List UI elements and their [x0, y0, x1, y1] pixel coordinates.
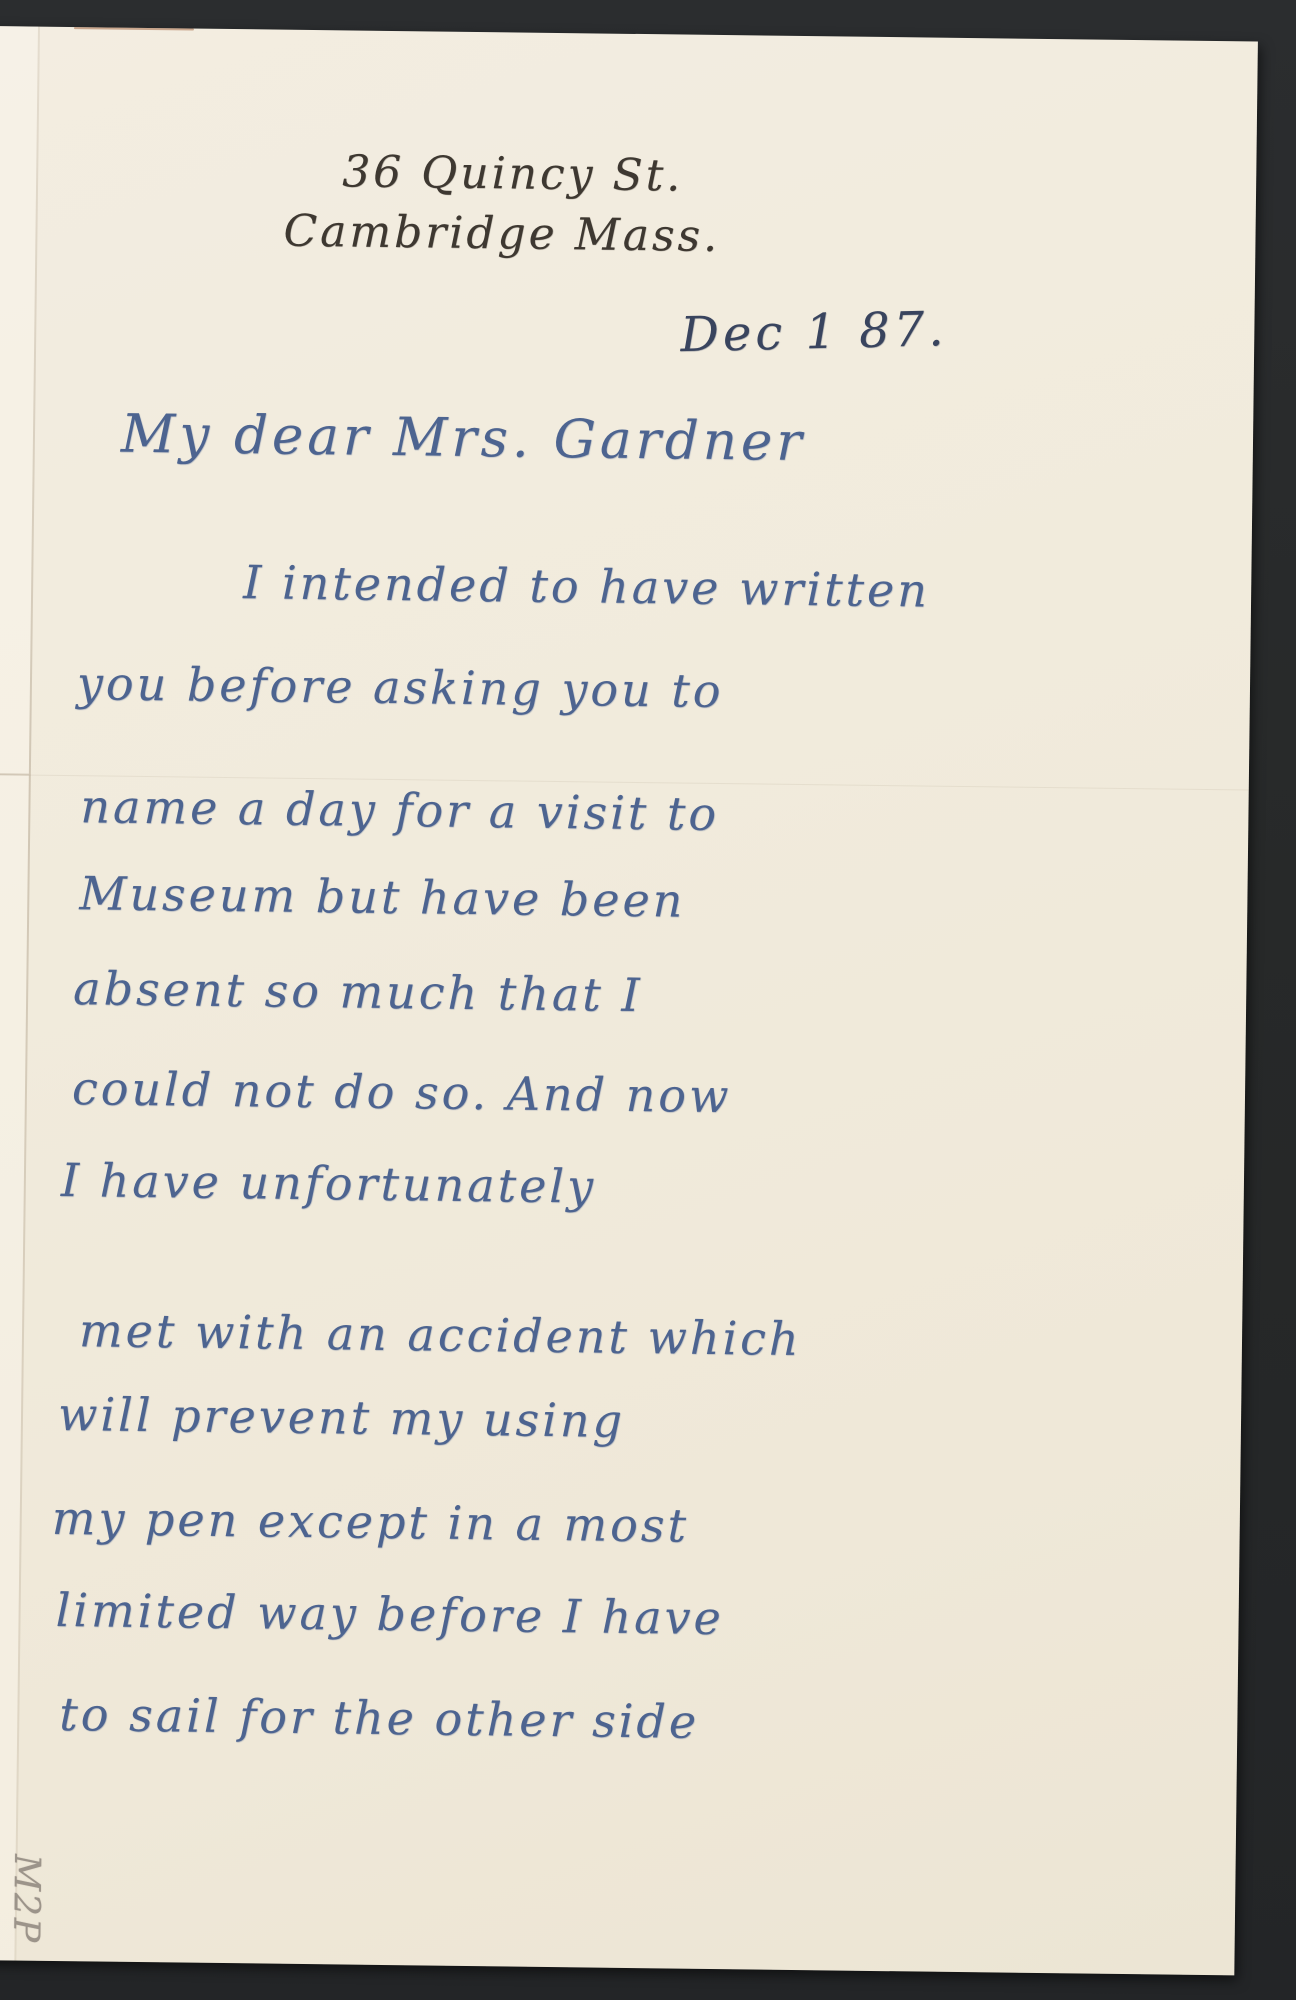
body-line: I have unfortunately — [61, 1153, 597, 1214]
letter-date: Dec 1 87. — [680, 301, 948, 363]
body-line: met with an accident which — [79, 1303, 802, 1366]
body-line: absent so much that I — [73, 961, 643, 1022]
body-line: you before asking you to — [77, 656, 724, 718]
salutation: My dear Mrs. Gardner — [121, 404, 806, 473]
body-line: Museum but have been — [79, 866, 686, 927]
body-line: will prevent my using — [58, 1387, 626, 1448]
body-line: could not do so. And now — [72, 1061, 732, 1123]
body-line: to sail for the other side — [59, 1687, 699, 1749]
body-line: I intended to have written — [243, 555, 930, 617]
address-line-2: Cambridge Mass. — [283, 206, 720, 262]
body-line: name a day for a visit to — [80, 779, 719, 841]
paper-edge-stain — [74, 27, 194, 30]
address-line-1: 36 Quincy St. — [342, 146, 684, 201]
body-line: my pen except in a most — [51, 1491, 689, 1553]
pencil-annotation: M2P — [5, 1854, 47, 1944]
letter-page: 36 Quincy St. Cambridge Mass. Dec 1 87. … — [0, 26, 1258, 1975]
horizontal-fold-crease-edge — [0, 773, 29, 776]
scan-background: 36 Quincy St. Cambridge Mass. Dec 1 87. … — [0, 0, 1296, 2000]
body-line: limited way before I have — [55, 1583, 724, 1645]
